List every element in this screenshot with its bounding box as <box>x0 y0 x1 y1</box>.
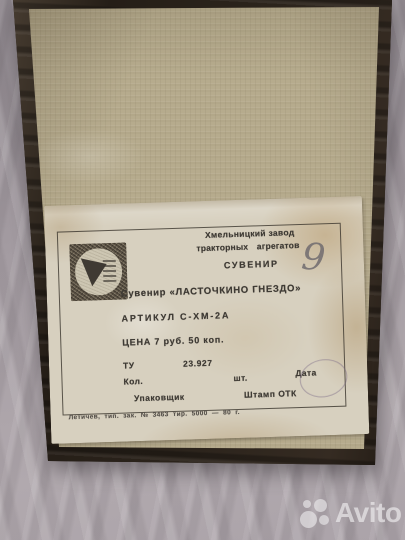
paper-label: Хмельницкий завод тракторных агрегатов С… <box>44 196 369 444</box>
framed-souvenir-back: Хмельницкий завод тракторных агрегатов С… <box>0 0 405 540</box>
tu-label: ТУ <box>123 360 135 370</box>
unit-label: шт. <box>233 373 247 383</box>
category-heading: СУВЕНИР <box>224 259 279 271</box>
factory-logo-stamp <box>69 242 128 301</box>
listing-photo: Хмельницкий завод тракторных агрегатов С… <box>0 0 405 540</box>
avito-logo-icon <box>300 499 330 528</box>
avito-watermark-text: Avito <box>335 497 401 529</box>
avito-watermark: Avito <box>300 497 401 529</box>
qc-stamp-label: Штамп ОТК <box>244 388 297 400</box>
tu-value: 23.927 <box>183 358 213 369</box>
quantity-label: Кол. <box>123 376 143 387</box>
packer-label: Упаковщик <box>134 392 185 404</box>
factory-logo-text-lines <box>103 258 117 282</box>
handwritten-mark: 9 <box>300 235 327 280</box>
factory-logo-circle <box>74 248 122 296</box>
